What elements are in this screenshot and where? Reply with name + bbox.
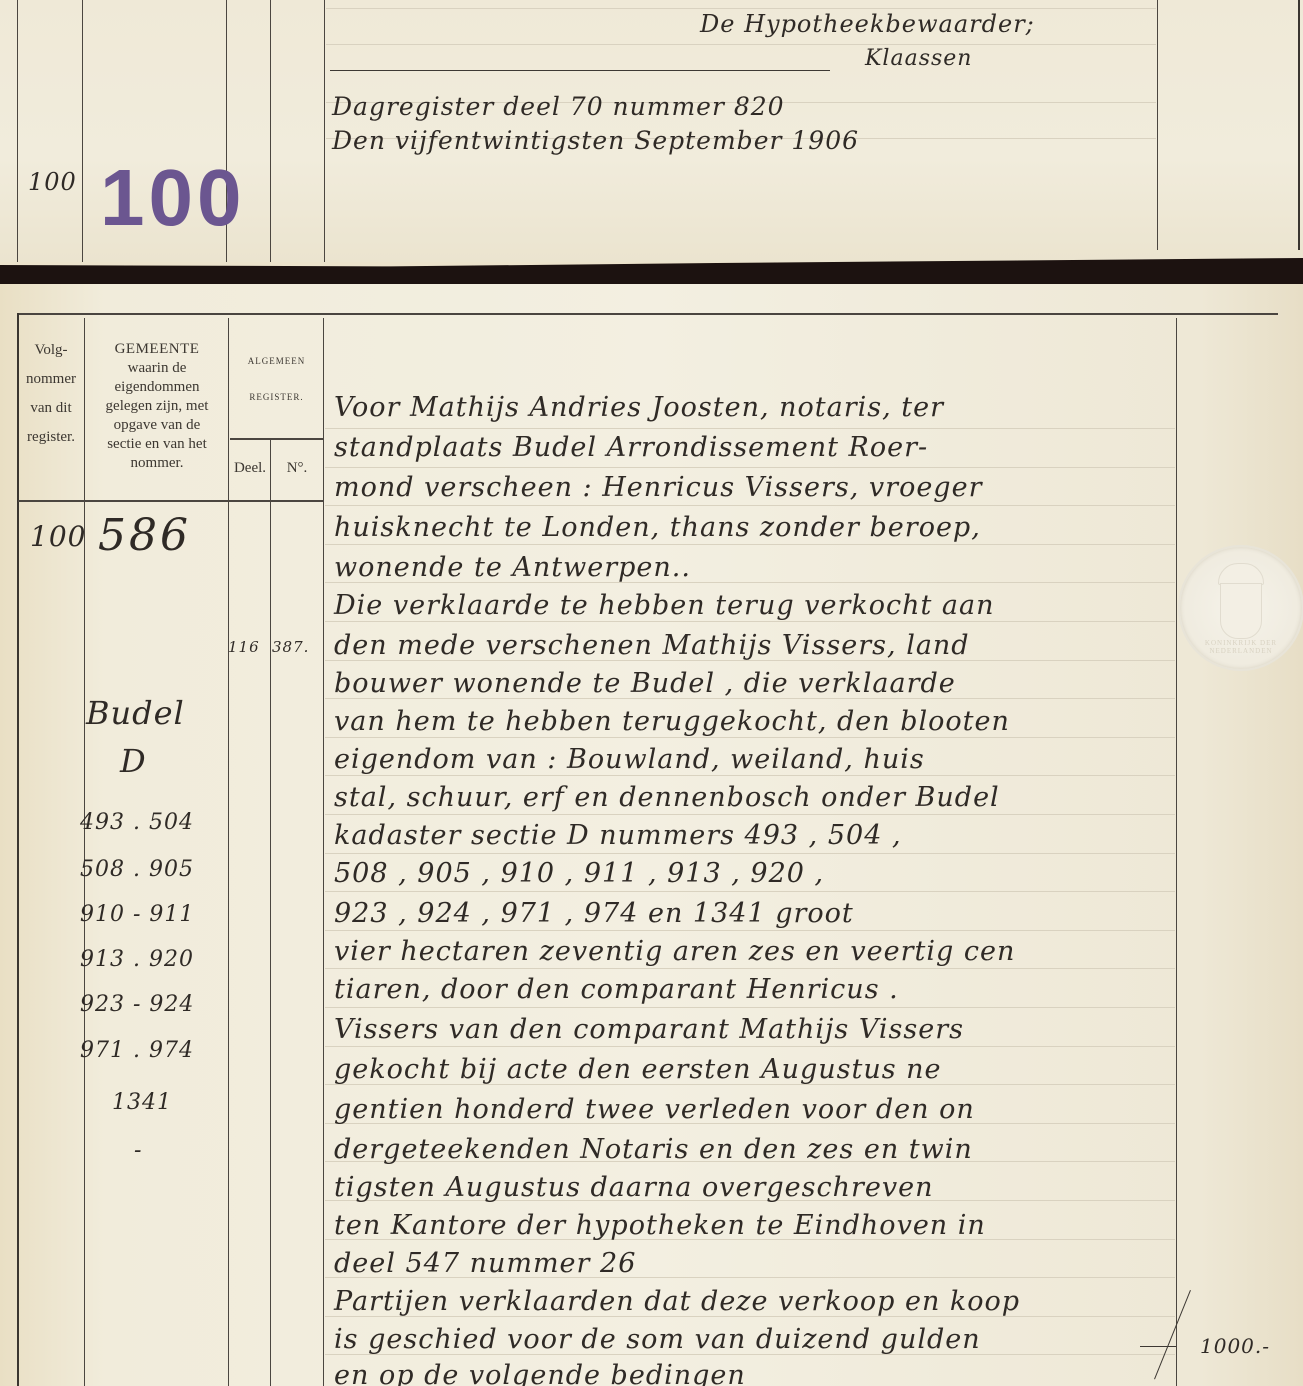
header-text: eigendommen: [86, 378, 228, 397]
header-register: REGISTER.: [230, 390, 323, 404]
crown-icon: [1218, 563, 1264, 585]
separator-line: [330, 70, 830, 71]
parcel-item: 508 . 905: [80, 857, 194, 882]
header-algemeen: ALGEMEEN: [230, 354, 323, 368]
ruled-line: [325, 853, 1175, 854]
deed-line: stal, schuur, erf en dennenbosch onder B…: [334, 782, 1000, 813]
table-left-border: [17, 313, 19, 1386]
algemeen-no: 387.: [272, 638, 309, 656]
column-rule: [270, 440, 271, 1386]
deed-line: Vissers van den comparant Mathijs Visser…: [334, 1014, 964, 1045]
date-line: Den vijfentwintigsten September 1906: [332, 126, 859, 155]
header-text: nommer.: [86, 454, 228, 473]
ruled-line: [325, 544, 1175, 545]
column-rule: [323, 318, 324, 1386]
parcel-item: -: [134, 1138, 142, 1163]
deed-line: wonende te Antwerpen..: [334, 552, 691, 583]
ruled-line: [325, 775, 1175, 776]
parcel-item: 913 . 920: [80, 947, 194, 972]
parcel-item: 910 - 911: [80, 902, 194, 927]
deed-line: is geschied voor de som van duizend guld…: [334, 1324, 981, 1355]
coat-of-arms-icon: [1220, 583, 1262, 639]
ruled-line: [325, 505, 1175, 506]
volgnummer-handwritten: 100: [28, 168, 77, 196]
signature-title: De Hypotheekbewaarder;: [700, 10, 1035, 38]
gemeente-name: Budel: [86, 694, 185, 732]
algemeen-deel: 116: [228, 638, 260, 656]
header-text: Volg-: [18, 340, 84, 361]
deed-line: tigsten Augustus daarna overgeschreven: [334, 1172, 934, 1203]
column-rule: [17, 0, 18, 262]
entry-volgnummer: 100: [30, 520, 86, 553]
deed-line: eigendom van : Bouwland, weiland, huis: [334, 744, 925, 775]
column-rule: [82, 0, 83, 262]
ruled-line: [325, 1046, 1175, 1047]
ruled-line: [325, 737, 1175, 738]
deed-line: 923 , 924 , 971 , 974 en 1341 groot: [334, 898, 854, 929]
header-text: waarin de: [86, 359, 228, 378]
parcel-item: 1341: [112, 1090, 172, 1115]
parcel-item: 971 . 974: [80, 1038, 194, 1063]
embossed-seal-icon: KONINKRIJK DER NEDERLANDEN: [1178, 545, 1303, 671]
header-text: gelegen zijn, met: [86, 397, 228, 416]
sectie-letter: D: [120, 742, 147, 780]
header-bottom-rule: [18, 500, 323, 502]
ruled-line: [326, 44, 1156, 45]
column-rule: [270, 0, 271, 262]
parcel-item: 923 - 924: [80, 992, 194, 1017]
deed-line: mond verscheen : Henricus Vissers, vroeg…: [334, 472, 982, 503]
seal-text: KONINKRIJK DER NEDERLANDEN: [1200, 639, 1282, 655]
column-rule: [324, 0, 325, 262]
header-text: opgave van de: [86, 416, 228, 435]
top-page: De Hypotheekbewaarder; Klaassen Dagregis…: [0, 0, 1303, 262]
deed-line: Voor Mathijs Andries Joosten, notaris, t…: [334, 392, 944, 423]
amount-value: 1000.-: [1200, 1334, 1270, 1358]
deed-line: kadaster sectie D nummers 493 , 504 ,: [334, 820, 902, 851]
ruled-line: [325, 428, 1175, 429]
deed-line: dergeteekenden Notaris en den zes en twi…: [334, 1134, 973, 1165]
ruled-line: [325, 891, 1175, 892]
header-title: GEMEENTE: [86, 340, 228, 359]
deed-line: Die verklaarde te hebben terug verkocht …: [334, 590, 995, 621]
header-gemeente: GEMEENTE waarin de eigendommen gelegen z…: [86, 340, 228, 473]
header-text: van dit: [18, 398, 84, 419]
header-no: N°.: [271, 458, 323, 479]
column-rule: [1176, 318, 1177, 1386]
deed-line: vier hectaren zeventig aren zes en veert…: [334, 936, 1015, 967]
dagregister-line: Dagregister deel 70 nummer 820: [332, 92, 785, 121]
header-deel: Deel.: [230, 458, 270, 479]
ruled-line: [325, 968, 1175, 969]
ruled-line: [325, 467, 1175, 468]
deed-line: bouwer wonende te Budel , die verklaarde: [334, 668, 956, 699]
volgnummer-stamp: 100: [100, 158, 245, 238]
ruled-line: [325, 814, 1175, 815]
column-rule: [84, 318, 85, 1386]
deed-line: gentien honderd twee verleden voor den o…: [334, 1094, 975, 1125]
header-text: nommer: [18, 369, 84, 390]
deed-line: 508 , 905 , 910 , 911 , 913 , 920 ,: [334, 858, 824, 889]
deed-line: den mede verschenen Mathijs Vissers, lan…: [334, 630, 970, 661]
ruled-line: [325, 1007, 1175, 1008]
amount-bracket-line: [1140, 1346, 1176, 1347]
deed-line: deel 547 nummer 26: [334, 1248, 636, 1279]
column-rule: [1157, 0, 1158, 250]
header-volgnummer: Volg- nommer van dit register.: [18, 340, 84, 448]
deed-line: tiaren, door den comparant Henricus .: [334, 974, 899, 1005]
column-rule: [1298, 0, 1300, 250]
deed-line: en op de volgende bedingen: [334, 1360, 746, 1386]
header-text: sectie en van het: [86, 435, 228, 454]
ruled-line: [325, 621, 1175, 622]
deed-line: Partijen verklaarden dat deze verkoop en…: [334, 1286, 1020, 1317]
deed-line: gekocht bij acte den eersten Augustus ne: [334, 1054, 942, 1085]
header-text: register.: [18, 427, 84, 448]
column-rule: [228, 318, 229, 1386]
ruled-line: [326, 8, 1156, 9]
book-binding-gap: [0, 258, 1303, 286]
ruled-line: [325, 930, 1175, 931]
deed-line: van hem te hebben teruggekocht, den bloo…: [334, 706, 1010, 737]
deed-line: huisknecht te Londen, thans zonder beroe…: [334, 512, 981, 543]
entry-number: 586: [98, 510, 191, 561]
parcel-item: 493 . 504: [80, 810, 194, 835]
table-top-border: [18, 313, 1278, 315]
signature-name: Klaassen: [865, 46, 972, 71]
header-subrule: [230, 438, 323, 440]
deed-line: standplaats Budel Arrondissement Roer-: [334, 432, 928, 463]
deed-line: ten Kantore der hypotheken te Eindhoven …: [334, 1210, 986, 1241]
